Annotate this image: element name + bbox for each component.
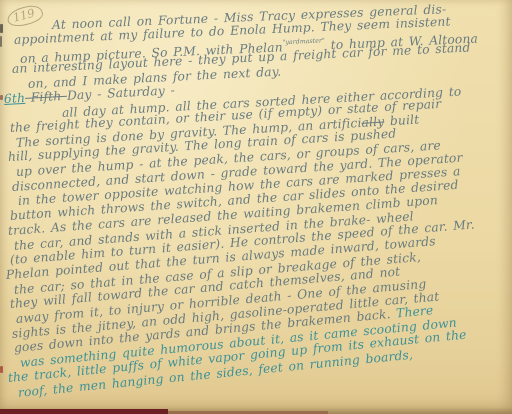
page-edge-mark	[0, 95, 3, 100]
page-number: 119	[5, 3, 44, 29]
page-edge-mark	[0, 36, 2, 47]
text-run: 6th	[4, 90, 26, 105]
struck-text: Fifth	[25, 88, 68, 104]
text-run: built	[384, 112, 420, 128]
page-edge-mark	[0, 24, 3, 33]
interline-annotation: "yardmaster"	[282, 38, 325, 47]
page-edge-mark	[0, 366, 3, 373]
scan-edge-strip	[0, 409, 168, 414]
journal-page: 119 At noon call on Fortune - Miss Tracy…	[0, 0, 512, 414]
